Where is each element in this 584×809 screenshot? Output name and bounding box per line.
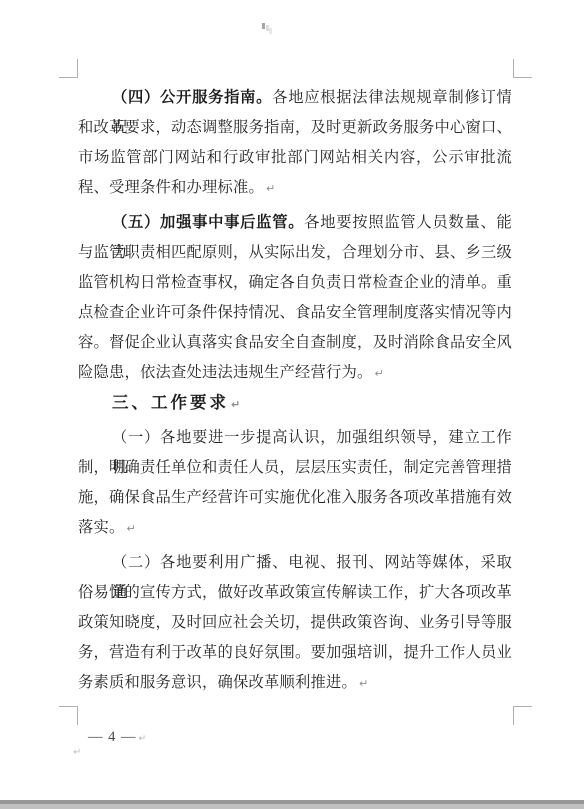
line-text: 监管机构日常检查事权，确定各自负责日常检查企业的清单。重	[78, 274, 512, 291]
line-text: 市场监管部门网站和行政审批部门网站相关内容，公示审批流	[78, 149, 512, 166]
line-text: 施，确保食品生产经营许可实施优化准入服务各项改革措施有效	[78, 489, 512, 506]
line-text: 务素质和服务意识，确保改革顺利推进。	[78, 674, 357, 691]
line-text: 险隐患，依法查处违法违规生产经营行为。	[78, 364, 372, 381]
page-edge-shadow-light	[0, 804, 584, 809]
line-text: 俗易懂的宣传方式，做好改革政策宣传解读工作，扩大各项改革	[78, 584, 512, 601]
page-bottom-edge	[0, 800, 584, 809]
line-text: 点检查企业许可条件保持情况、食品安全管理制度落实情况等内	[78, 304, 512, 321]
heading-line: 三、工作要求↵	[78, 388, 512, 418]
text-line: （一）各地要进一步提高认识，加强组织领导，建立工作机	[78, 423, 512, 453]
text-line: 施，确保食品生产经营许可实施优化准入服务各项改革措施有效	[78, 483, 512, 513]
line-text: 落实。	[78, 519, 125, 536]
text-line: 程、受理条件和办理标准。↵	[78, 173, 512, 203]
line-text: 制，明确责任单位和责任人员，层层压实责任，制定完善管理措	[78, 459, 512, 476]
line-text: 与监管职责相匹配原则，从实际出发，合理划分市、县、乡三级	[78, 244, 512, 261]
paragraph-mark: ↵	[266, 182, 275, 195]
document-page: （四）公开服务指南。各地应根据法律法规规章制修订情况和改革要求，动态调整服务指南…	[0, 0, 584, 809]
line-text: 政策知晓度，及时回应社会关切，提供政策咨询、业务引导等服	[78, 614, 512, 631]
paragraph-mark: ↵	[139, 734, 147, 744]
text-line: 点检查企业许可条件保持情况、食品安全管理制度落实情况等内	[78, 298, 512, 328]
line-text: 容。督促企业认真落实食品安全自查制度，及时消除食品安全风	[78, 334, 512, 351]
text-line: （五）加强事中事后监管。各地要按照监管人员数量、能力	[78, 208, 512, 238]
text-line: 制，明确责任单位和责任人员，层层压实责任，制定完善管理措	[78, 453, 512, 483]
paragraph-mark: ↵	[73, 747, 81, 758]
text-line: 与监管职责相匹配原则，从实际出发，合理划分市、县、乡三级	[78, 238, 512, 268]
text-line: 险隐患，依法查处违法违规生产经营行为。↵	[78, 358, 512, 388]
text-line: （二）各地要利用广播、电视、报刊、网站等媒体，采取通	[78, 548, 512, 578]
paragraph-mark: ↵	[359, 677, 368, 690]
bold-lead-text: （五）加强事中事后监管。	[112, 214, 304, 231]
paragraph-mark: ↵	[374, 367, 383, 380]
page-number: — 4 —	[88, 729, 137, 745]
paragraph-mark: ↵	[127, 522, 136, 535]
text-boundary-mark-bottom-left	[59, 706, 78, 725]
document-body: （四）公开服务指南。各地应根据法律法规规章制修订情况和改革要求，动态调整服务指南…	[78, 83, 512, 698]
paragraph-mark: ↵	[231, 398, 240, 411]
text-boundary-mark-bottom-right	[513, 706, 532, 725]
page-footer: — 4 —↵	[88, 728, 146, 746]
text-line: 务，营造有利于改革的良好氛围。要加强培训，提升工作人员业	[78, 638, 512, 668]
text-line: 监管机构日常检查事权，确定各自负责日常检查企业的清单。重	[78, 268, 512, 298]
text-boundary-mark-top-left	[59, 59, 78, 78]
line-text: 三、工作要求	[112, 394, 229, 412]
bold-lead-text: （四）公开服务指南。	[112, 89, 272, 106]
line-text: 务，营造有利于改革的良好氛围。要加强培训，提升工作人员业	[78, 644, 512, 661]
text-line: 政策知晓度，及时回应社会关切，提供政策咨询、业务引导等服	[78, 608, 512, 638]
text-line: 市场监管部门网站和行政审批部门网站相关内容，公示审批流	[78, 143, 512, 173]
line-text: 和改革要求，动态调整服务指南，及时更新政务服务中心窗口、	[78, 119, 512, 136]
text-line: 俗易懂的宣传方式，做好改革政策宣传解读工作，扩大各项改革	[78, 578, 512, 608]
text-line: 落实。↵	[78, 513, 512, 543]
text-line: 务素质和服务意识，确保改革顺利推进。↵	[78, 668, 512, 698]
text-boundary-mark-top-right	[513, 59, 532, 78]
scan-artifact	[262, 23, 265, 29]
text-line: （四）公开服务指南。各地应根据法律法规规章制修订情况	[78, 83, 512, 113]
text-line: 容。督促企业认真落实食品安全自查制度，及时消除食品安全风	[78, 328, 512, 358]
text-line: 和改革要求，动态调整服务指南，及时更新政务服务中心窗口、	[78, 113, 512, 143]
line-text: 程、受理条件和办理标准。	[78, 179, 264, 196]
